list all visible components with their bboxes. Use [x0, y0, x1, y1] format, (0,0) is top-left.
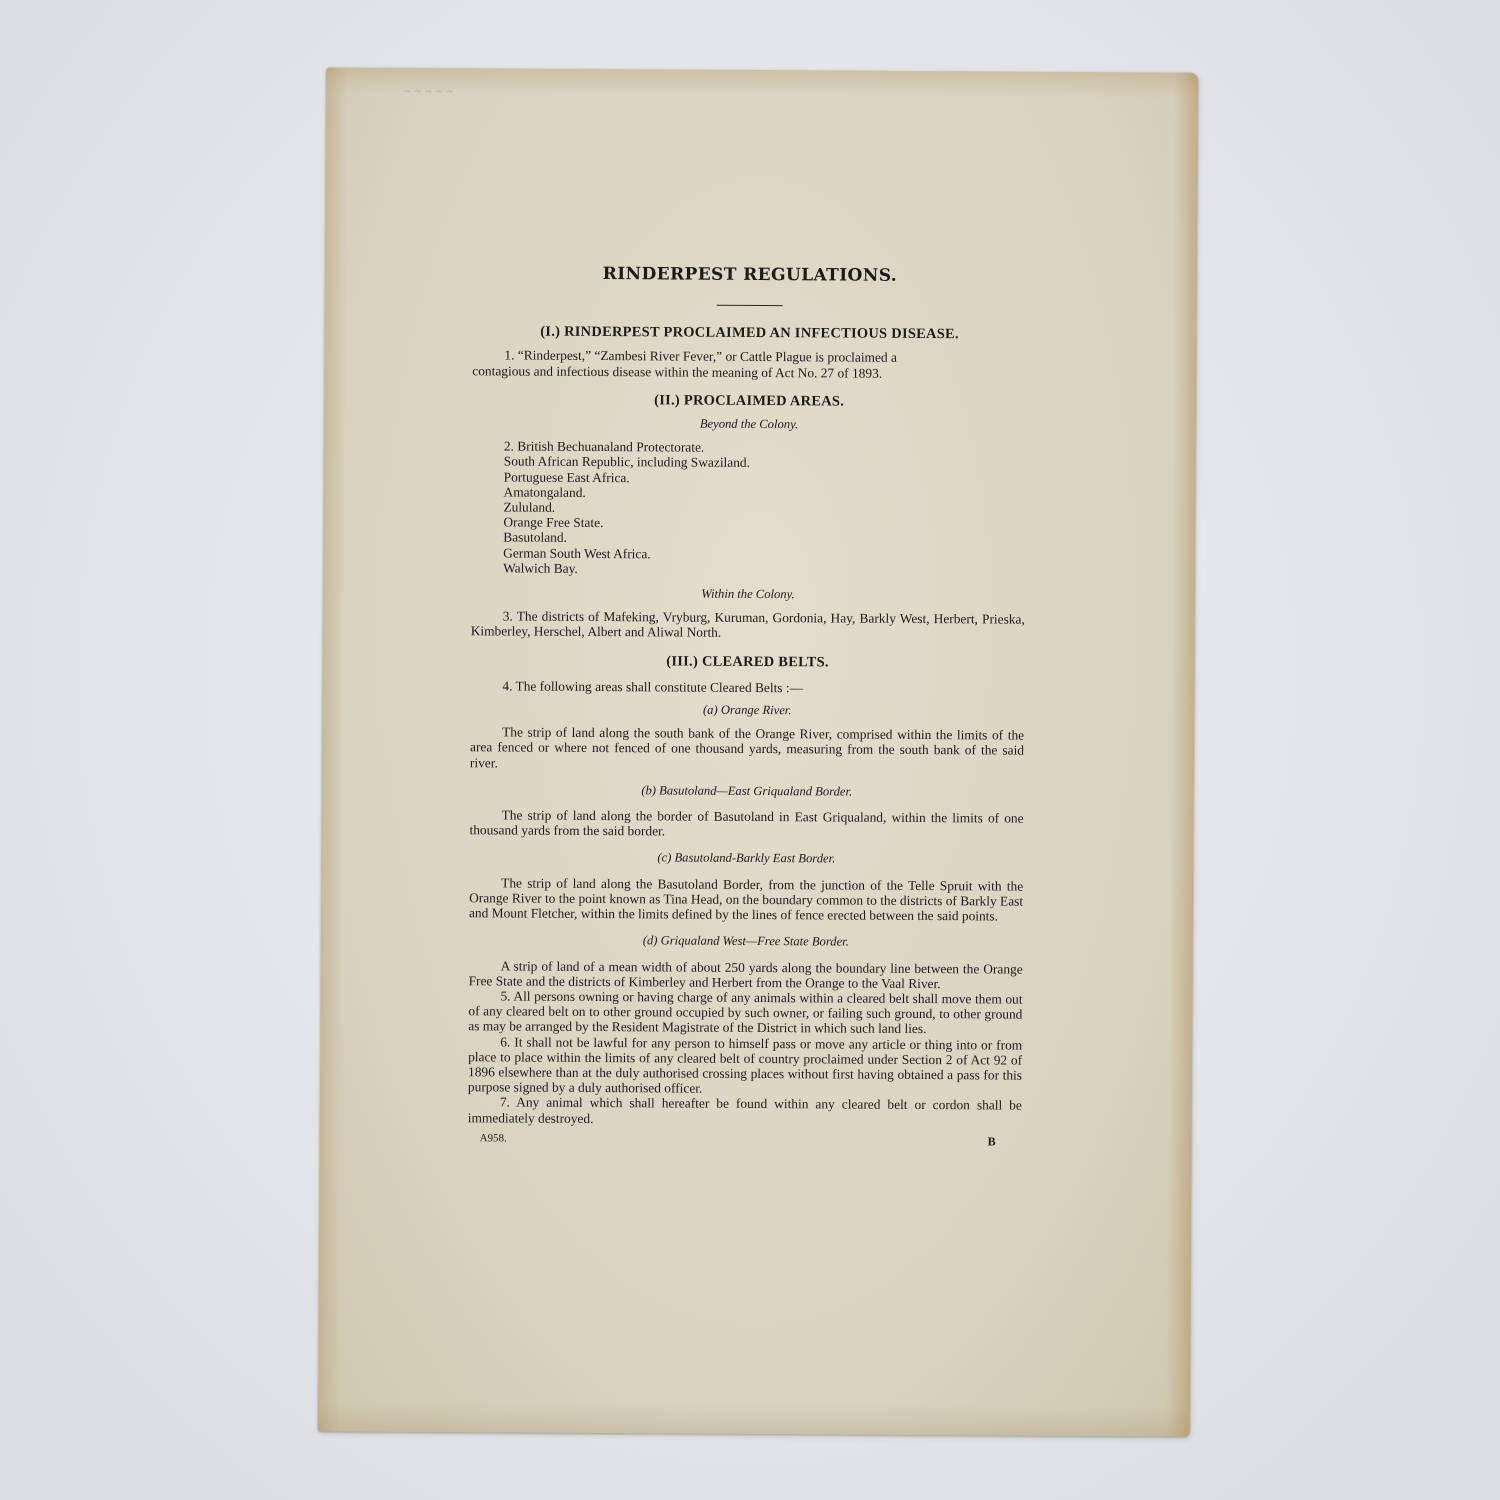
belt-d-text: A strip of land of a mean width of about…: [469, 958, 1023, 992]
regulation-6: 6. It shall not be lawful for any person…: [468, 1034, 1022, 1098]
regulation-7: 7. Any animal which shall hereafter be f…: [468, 1095, 1022, 1129]
ghost-imprint: ~ ~ ~ ~ ~: [404, 86, 454, 98]
document-body: RINDERPEST REGULATIONS. (I.) RINDERPEST …: [468, 266, 1027, 1154]
document-title: RINDERPEST REGULATIONS.: [473, 266, 1027, 285]
belt-a-text: The strip of land along the south bank o…: [470, 725, 1024, 774]
belt-c-text: The strip of land along the Basutoland B…: [469, 875, 1023, 924]
document-page: ~ ~ ~ ~ ~ RINDERPEST REGULATIONS. (I.) R…: [318, 67, 1198, 1436]
within-colony-text: 3. The districts of Mafeking, Vryburg, K…: [471, 608, 1025, 642]
beyond-colony-list: 2. British Bechuanaland Protectorate. So…: [471, 438, 1026, 578]
regulation-5: 5. All persons owning or having charge o…: [468, 988, 1022, 1037]
printer-signature: A958.: [480, 1131, 507, 1146]
signature-mark: B: [988, 1134, 996, 1149]
page-footer: A958. B: [468, 1131, 1022, 1154]
belt-b-text: The strip of land along the border of Ba…: [469, 807, 1023, 841]
title-divider: [717, 305, 783, 306]
